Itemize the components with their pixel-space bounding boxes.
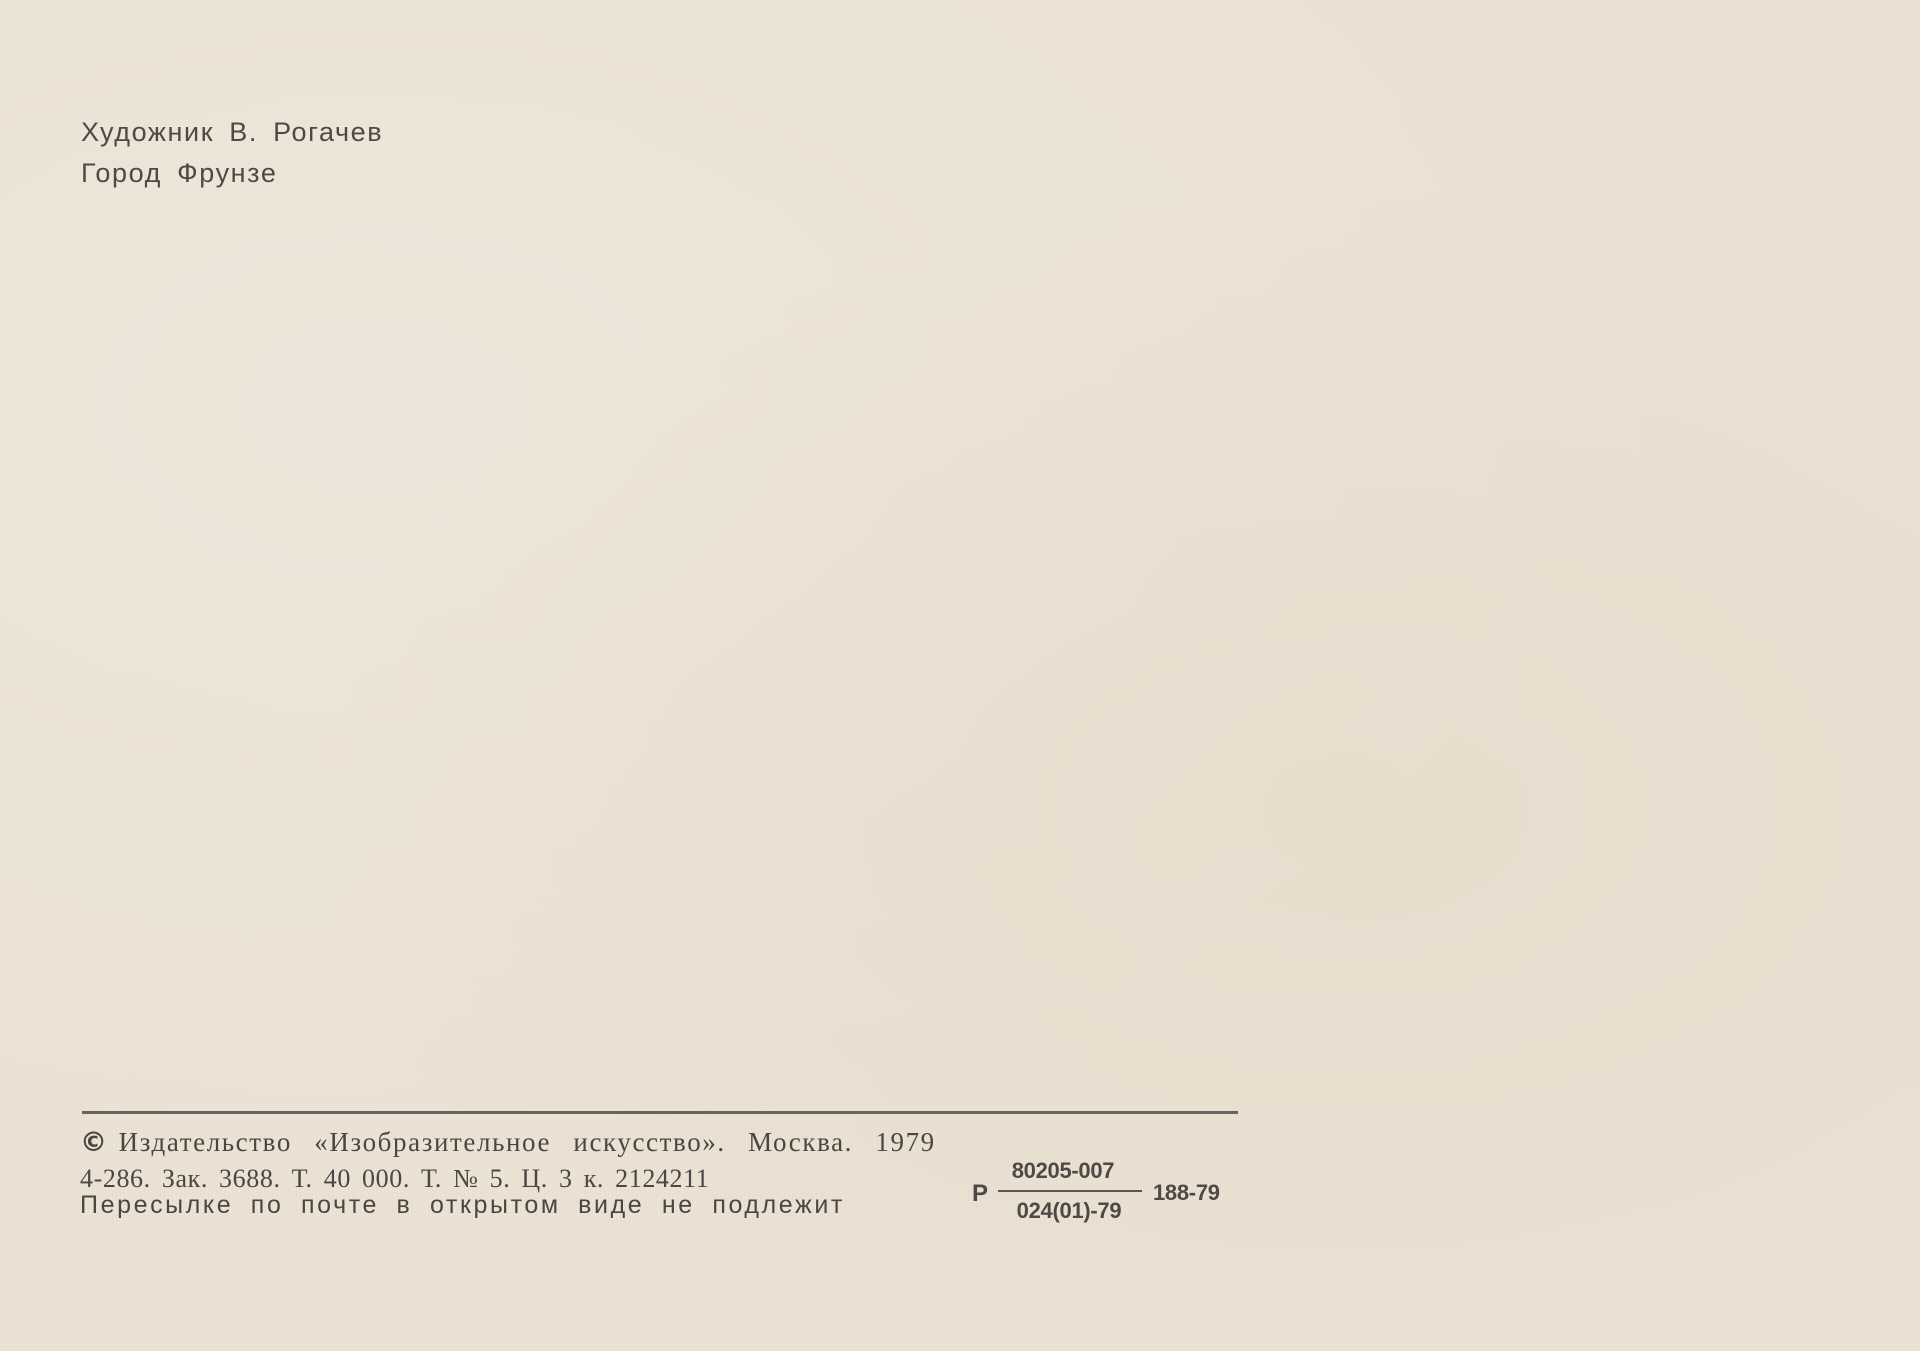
publisher-imprint: ©Издательство «Изобразительное искусство… [80,1124,1250,1234]
catalog-index-denominator: 024(01)-79 [996,1198,1142,1224]
print-details: 4-286. Зак. 3688. Т. 40 000. Т. № 5. Ц. … [80,1164,709,1194]
artwork-title: Город Фрунзе [81,153,383,194]
caption: Художник В. Рогачев Город Фрунзе [81,112,383,194]
imprint-divider [82,1111,1238,1114]
artist-credit: Художник В. Рогачев [81,112,383,153]
fraction-divider [998,1190,1142,1192]
catalog-index-numerator: 80205-007 [998,1158,1128,1184]
catalog-index: Р 80205-007 024(01)-79 188-79 [972,1158,1262,1228]
postcard-back: Художник В. Рогачев Город Фрунзе ©Издате… [0,0,1920,1351]
publisher-line: Издательство «Изобразительное искусство»… [119,1127,936,1157]
copyright-icon: © [80,1127,109,1158]
publisher-row: ©Издательство «Изобразительное искусство… [80,1127,936,1158]
catalog-index-suffix: 188-79 [1153,1180,1220,1206]
mailing-notice: Пересылке по почте в открытом виде не по… [80,1191,845,1220]
catalog-index-prefix: Р [972,1180,988,1208]
